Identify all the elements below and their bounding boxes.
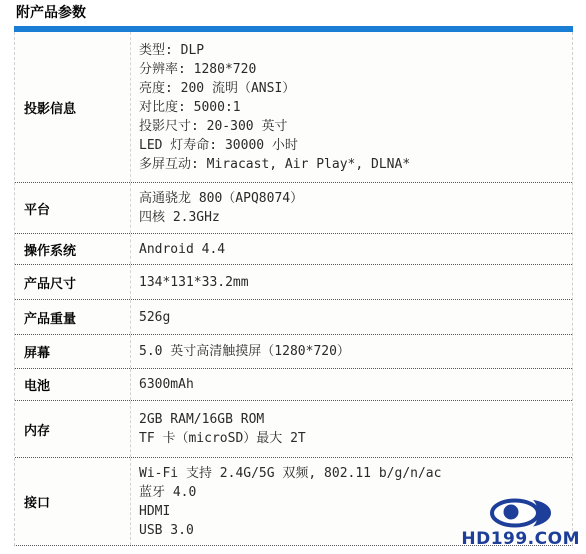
spec-label: 操作系统: [15, 234, 131, 264]
spec-value-line: 高通骁龙 800（APQ8074）: [139, 189, 568, 208]
spec-value: 5.0 英寸高清触摸屏（1280*720）: [131, 335, 572, 368]
spec-value-line: 亮度: 200 流明（ANSI）: [139, 79, 568, 98]
spec-value-line: 四核 2.3GHz: [139, 208, 568, 227]
page-title: 附产品参数: [0, 0, 586, 26]
spec-value-line: 6300mAh: [139, 375, 568, 394]
table-row: 产品重量 526g: [15, 299, 572, 334]
spec-value-line: LED 灯寿命: 30000 小时: [139, 136, 568, 155]
spec-table: 投影信息 类型: DLP 分辨率: 1280*720 亮度: 200 流明（AN…: [14, 32, 573, 546]
spec-label: 产品尺寸: [15, 265, 131, 299]
spec-value-line: Android 4.4: [139, 240, 568, 259]
watermark-text: HD199.COM: [461, 529, 580, 549]
spec-value-line: TF 卡（microSD）最大 2T: [139, 429, 568, 448]
spec-value-line: 投影尺寸: 20-300 英寸: [139, 117, 568, 136]
spec-value: 526g: [131, 300, 572, 334]
spec-value-line: 526g: [139, 308, 568, 327]
spec-label: 内存: [15, 401, 131, 457]
spec-label: 平台: [15, 183, 131, 233]
spec-label: 电池: [15, 369, 131, 400]
spec-label: 产品重量: [15, 300, 131, 334]
spec-value-line: 134*131*33.2mm: [139, 273, 568, 292]
spec-value-line: 2GB RAM/16GB ROM: [139, 410, 568, 429]
spec-value-line: 5.0 英寸高清触摸屏（1280*720）: [139, 342, 568, 361]
spec-value-line: Wi-Fi 支持 2.4G/5G 双频, 802.11 b/g/n/ac: [139, 464, 568, 483]
spec-table-wrap: 投影信息 类型: DLP 分辨率: 1280*720 亮度: 200 流明（AN…: [14, 26, 573, 546]
eye-logo-icon: [461, 498, 580, 530]
table-row: 内存 2GB RAM/16GB ROM TF 卡（microSD）最大 2T: [15, 400, 572, 457]
spec-value: Android 4.4: [131, 234, 572, 264]
table-row: 电池 6300mAh: [15, 368, 572, 400]
spec-value-line: 多屏互动: Miracast, Air Play*, DLNA*: [139, 155, 568, 174]
spec-value: 2GB RAM/16GB ROM TF 卡（microSD）最大 2T: [131, 401, 572, 457]
table-row: 产品尺寸 134*131*33.2mm: [15, 264, 572, 299]
spec-value: 134*131*33.2mm: [131, 265, 572, 299]
spec-label: 接口: [15, 458, 131, 545]
table-row: 平台 高通骁龙 800（APQ8074） 四核 2.3GHz: [15, 182, 572, 233]
spec-value: 6300mAh: [131, 369, 572, 400]
spec-value-line: 类型: DLP: [139, 41, 568, 60]
watermark-link[interactable]: HD199.COM: [461, 498, 580, 548]
spec-value: 类型: DLP 分辨率: 1280*720 亮度: 200 流明（ANSI） 对…: [131, 32, 572, 182]
spec-value-line: 分辨率: 1280*720: [139, 60, 568, 79]
table-row: 屏幕 5.0 英寸高清触摸屏（1280*720）: [15, 334, 572, 368]
spec-value: 高通骁龙 800（APQ8074） 四核 2.3GHz: [131, 183, 572, 233]
spec-label: 屏幕: [15, 335, 131, 368]
table-row: 投影信息 类型: DLP 分辨率: 1280*720 亮度: 200 流明（AN…: [15, 32, 572, 182]
spec-value-line: 对比度: 5000:1: [139, 98, 568, 117]
table-row: 操作系统 Android 4.4: [15, 233, 572, 264]
spec-label: 投影信息: [15, 32, 131, 182]
